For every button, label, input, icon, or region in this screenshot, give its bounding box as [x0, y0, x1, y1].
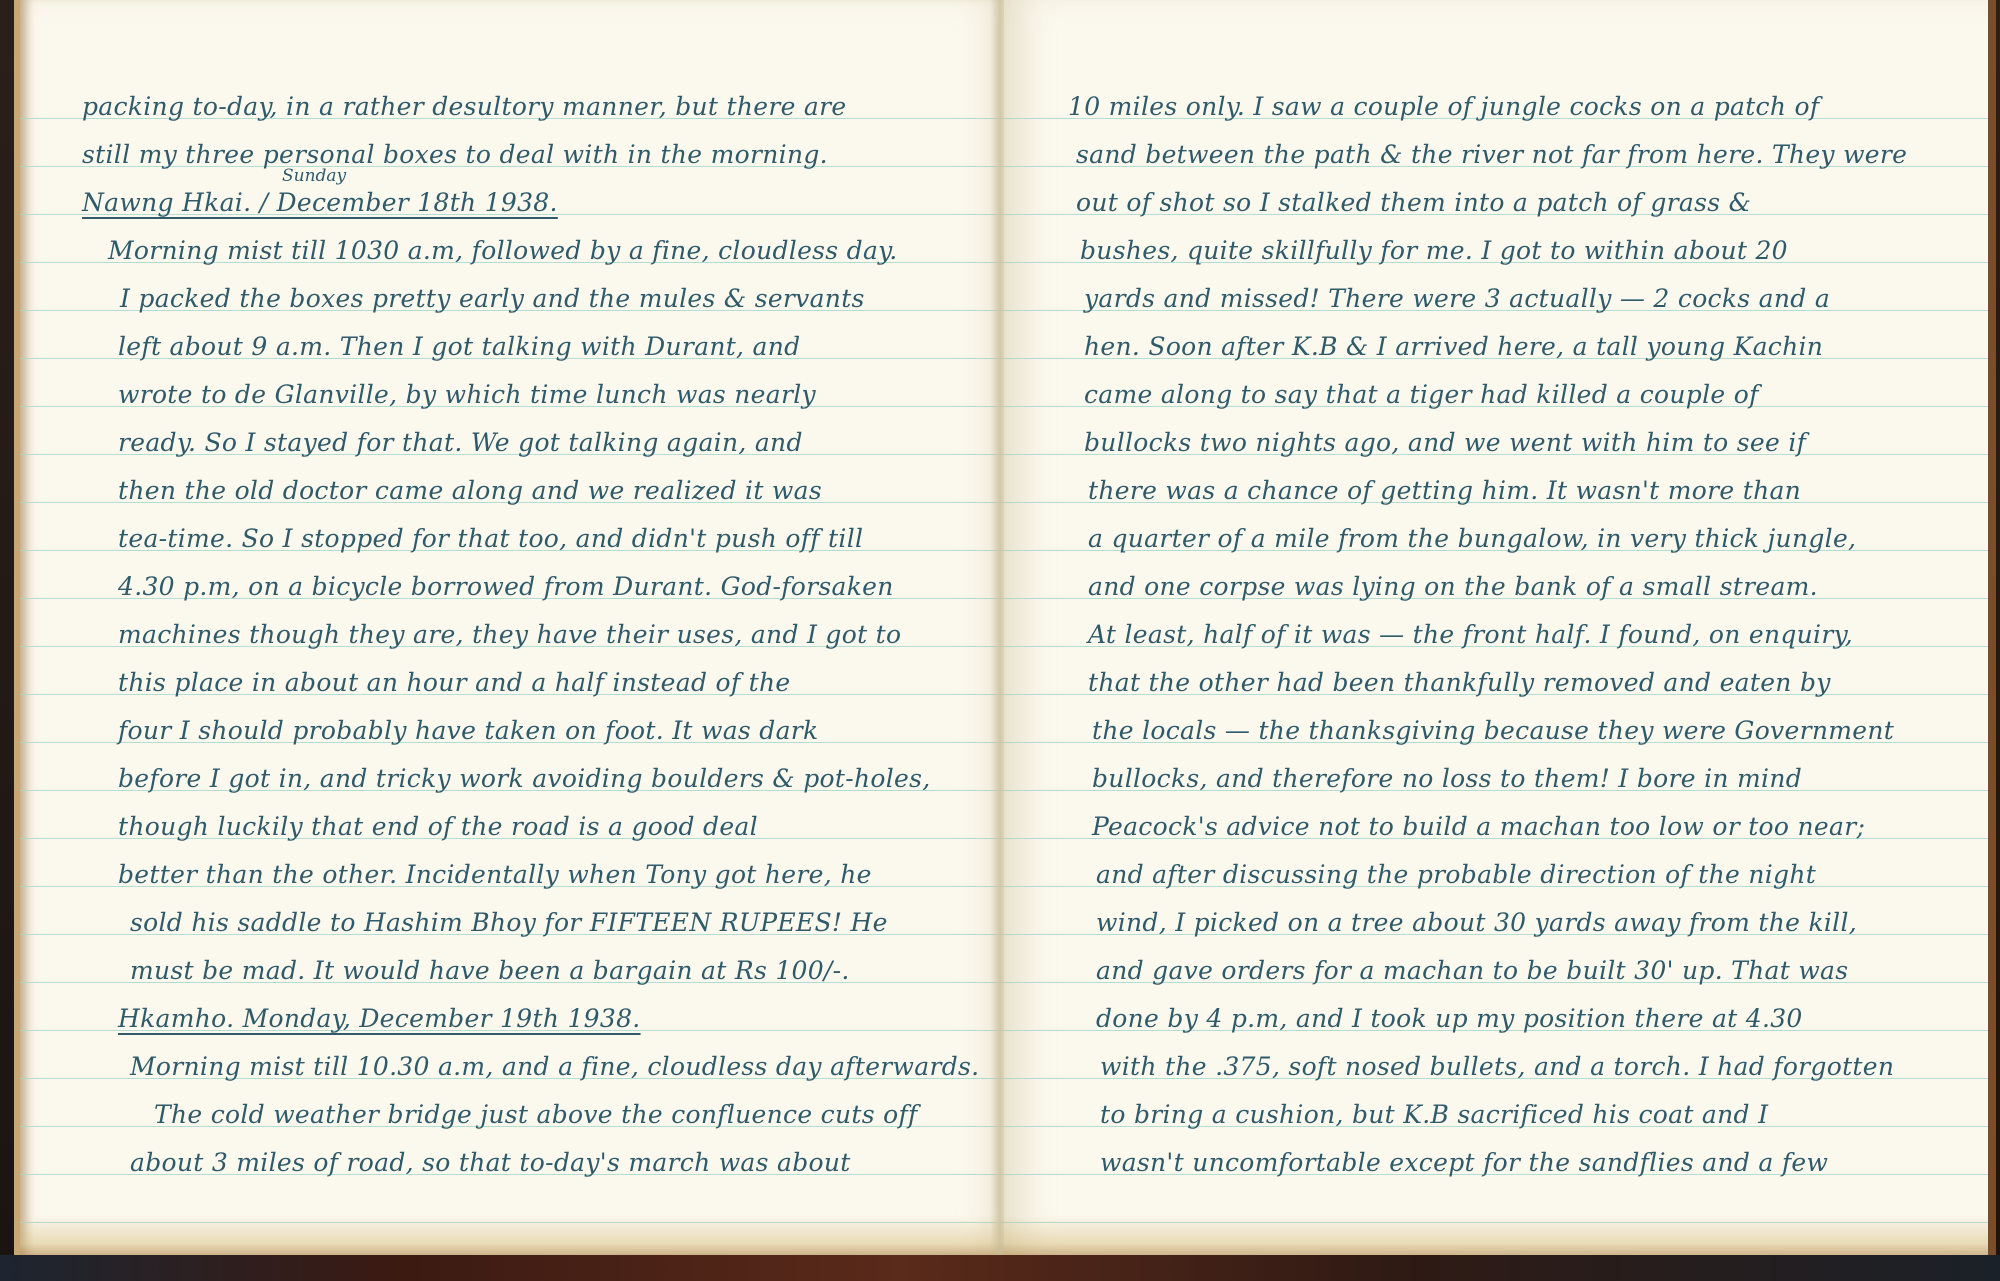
diary-line: bullocks, and therefore no loss to them!…: [1092, 764, 1802, 793]
diary-line: came along to say that a tiger had kille…: [1084, 380, 1759, 409]
insert-note-sunday: Sunday: [282, 166, 346, 186]
diary-line: wind, I picked on a tree about 30 yards …: [1096, 908, 1857, 937]
left-page-text: packing to-day, in a rather desultory ma…: [20, 0, 1010, 1255]
diary-line: tea-time. So I stopped for that too, and…: [118, 524, 863, 553]
diary-line: wasn't uncomfortable except for the sand…: [1100, 1148, 1828, 1177]
diary-line: wrote to de Glanville, by which time lun…: [118, 380, 816, 409]
diary-line: sold his saddle to Hashim Bhoy for FIFTE…: [130, 908, 888, 937]
diary-line: and gave orders for a machan to be built…: [1096, 956, 1848, 985]
diary-line: 10 miles only. I saw a couple of jungle …: [1068, 92, 1819, 121]
diary-line: At least, half of it was — the front hal…: [1088, 620, 1853, 649]
diary-line: the locals — the thanksgiving because th…: [1092, 716, 1894, 745]
diary-line: that the other had been thankfully remov…: [1088, 668, 1831, 697]
diary-line: then the old doctor came along and we re…: [118, 476, 822, 505]
diary-line: Peacock's advice not to build a machan t…: [1092, 812, 1865, 841]
left-page: packing to-day, in a rather desultory ma…: [14, 0, 1010, 1255]
book-cover-edge: [0, 1255, 2000, 1281]
diary-line: done by 4 p.m, and I took up my position…: [1096, 1004, 1803, 1033]
diary-line: packing to-day, in a rather desultory ma…: [82, 92, 846, 121]
diary-line: bushes, quite skillfully for me. I got t…: [1080, 236, 1788, 265]
diary-line: though luckily that end of the road is a…: [118, 812, 758, 841]
diary-line: I packed the boxes pretty early and the …: [120, 284, 865, 313]
diary-line: 4.30 p.m, on a bicycle borrowed from Dur…: [118, 572, 894, 601]
right-page: 10 miles only. I saw a couple of jungle …: [1004, 0, 1996, 1255]
diary-line: machines though they are, they have thei…: [118, 620, 901, 649]
diary-line: this place in about an hour and a half i…: [118, 668, 791, 697]
diary-line: about 3 miles of road, so that to-day's …: [130, 1148, 851, 1177]
diary-line: and one corpse was lying on the bank of …: [1088, 572, 1818, 601]
notebook-spread: packing to-day, in a rather desultory ma…: [0, 0, 2000, 1281]
diary-line: ready. So I stayed for that. We got talk…: [118, 428, 803, 457]
diary-line: yards and missed! There were 3 actually …: [1084, 284, 1830, 313]
entry-heading-dec-19: Hkamho. Monday, December 19th 1938.: [118, 1004, 641, 1033]
diary-line: before I got in, and tricky work avoidin…: [118, 764, 931, 793]
diary-line: still my three personal boxes to deal wi…: [82, 140, 828, 169]
diary-line: must be mad. It would have been a bargai…: [130, 956, 850, 985]
diary-line: sand between the path & the river not fa…: [1076, 140, 1907, 169]
diary-line: Morning mist till 1030 a.m, followed by …: [108, 236, 898, 265]
diary-line: a quarter of a mile from the bungalow, i…: [1088, 524, 1856, 553]
diary-line: there was a chance of getting him. It wa…: [1088, 476, 1801, 505]
diary-line: Morning mist till 10.30 a.m, and a fine,…: [130, 1052, 979, 1081]
diary-line: out of shot so I stalked them into a pat…: [1076, 188, 1751, 217]
entry-heading-dec-18: Nawng Hkai. / December 18th 1938.: [82, 188, 558, 217]
diary-line: with the .375, soft nosed bullets, and a…: [1100, 1052, 1894, 1081]
diary-line: to bring a cushion, but K.B sacrificed h…: [1100, 1100, 1768, 1129]
diary-line: four I should probably have taken on foo…: [118, 716, 819, 745]
diary-line: hen. Soon after K.B & I arrived here, a …: [1084, 332, 1823, 361]
right-page-text: 10 miles only. I saw a couple of jungle …: [1004, 0, 1988, 1255]
diary-line: bullocks two nights ago, and we went wit…: [1084, 428, 1806, 457]
diary-line: left about 9 a.m. Then I got talking wit…: [118, 332, 800, 361]
diary-line: better than the other. Incidentally when…: [118, 860, 872, 889]
diary-line: and after discussing the probable direct…: [1096, 860, 1816, 889]
diary-line: The cold weather bridge just above the c…: [154, 1100, 918, 1129]
